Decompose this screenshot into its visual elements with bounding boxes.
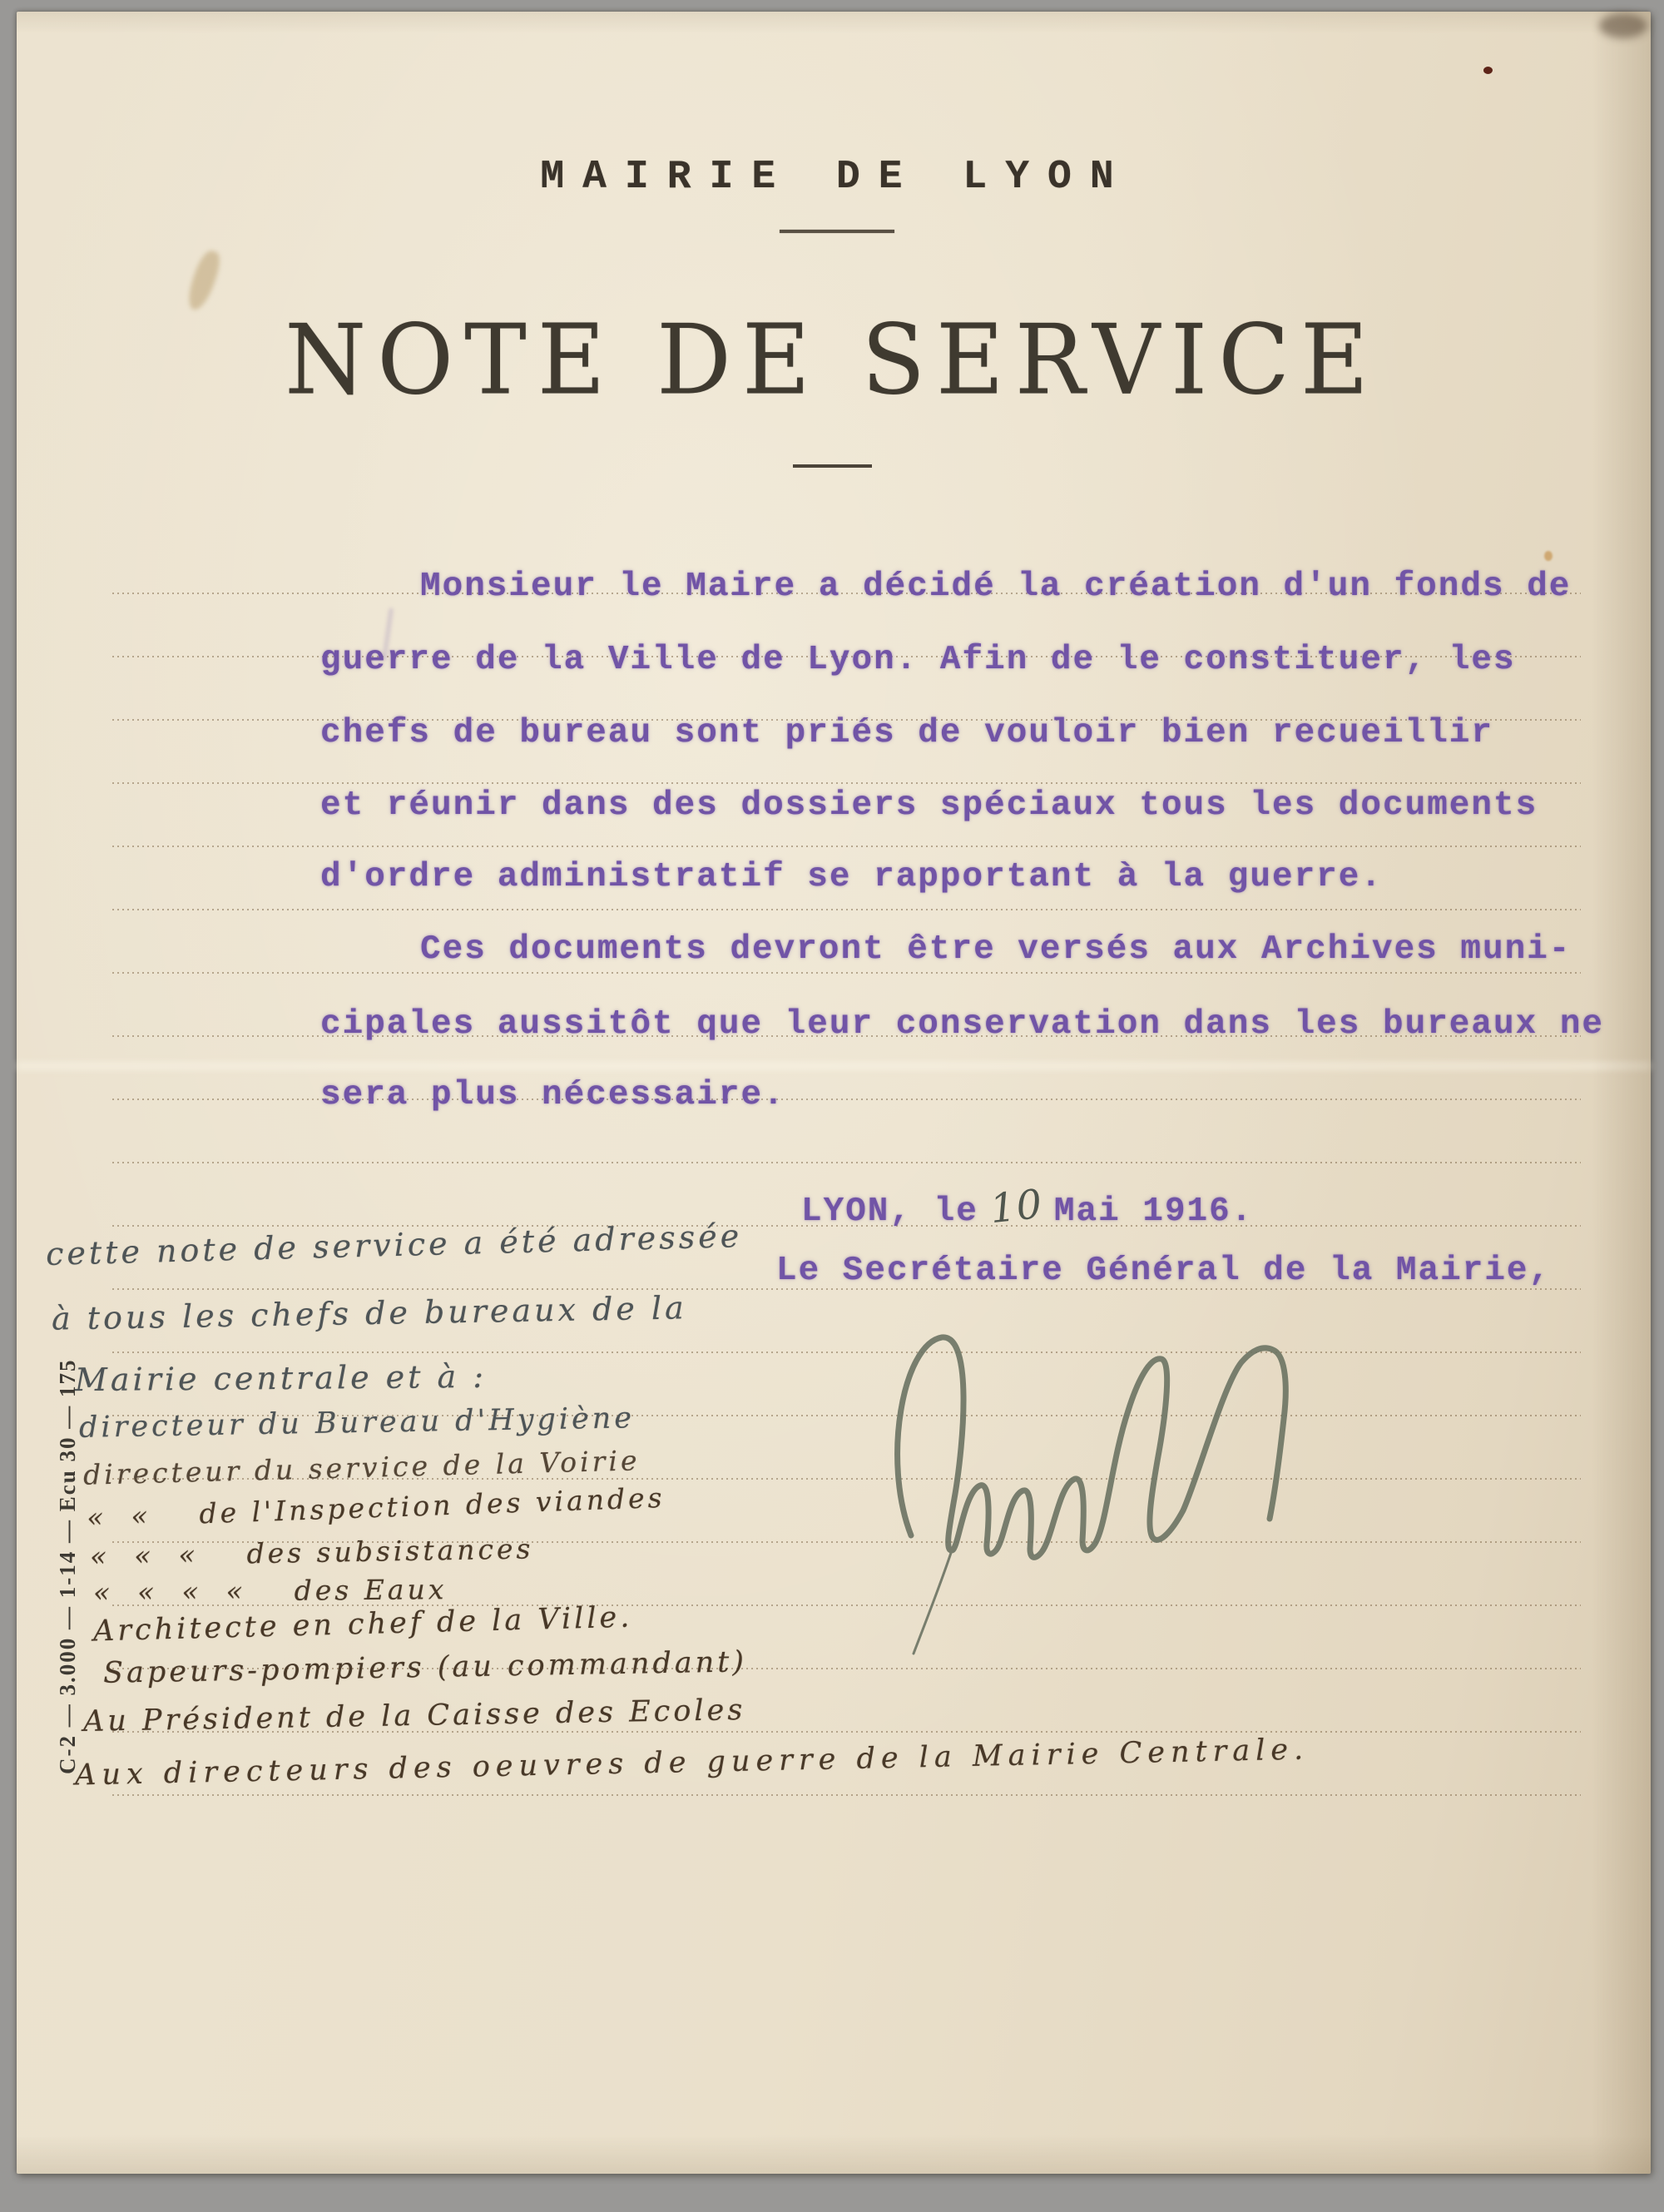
letterhead-divider (780, 230, 894, 233)
ruled-line (112, 972, 1581, 974)
paper-crease (17, 1062, 1651, 1070)
paper-fleck (1544, 551, 1553, 561)
ruled-line (112, 782, 1581, 784)
ruled-line (112, 1794, 1581, 1796)
title-divider (793, 464, 872, 468)
printer-mark: C-2 — 3.000 — 1-14 — Ecu 30 — 175 (55, 1404, 81, 1774)
typed-line: chefs de bureau sont priés de vouloir bi… (320, 714, 1493, 752)
signature-flourish (865, 1286, 1298, 1669)
ruled-line (112, 1352, 1581, 1353)
scanned-document: MAIRIE DE LYON NOTE DE SERVICE Monsieur … (0, 0, 1664, 2212)
typed-line: d'ordre administratif se rapportant à la… (320, 858, 1383, 896)
signatory-title: Le Secrétaire Général de la Mairie, (776, 1252, 1551, 1290)
ruled-line (112, 1162, 1581, 1163)
typed-line: Ces documents devront être versés aux Ar… (320, 930, 1571, 969)
dateline-month-year: Mai 1916. (1054, 1193, 1253, 1231)
ruled-line (112, 909, 1581, 910)
handwritten-day: 10 (988, 1181, 1045, 1232)
ink-speck (1483, 67, 1493, 74)
annotation-line: Mairie centrale et à : (75, 1358, 487, 1398)
dateline-place: LYON, le (801, 1193, 978, 1231)
typed-line: et réunir dans des dossiers spéciaux tou… (320, 786, 1538, 825)
typed-line: sera plus nécessaire. (320, 1076, 785, 1114)
typed-line: Monsieur le Maire a décidé la création d… (320, 568, 1571, 606)
typed-line: cipales aussitôt que leur conservation d… (320, 1005, 1604, 1044)
typed-line: guerre de la Ville de Lyon. Afin de le c… (320, 641, 1516, 679)
corner-smudge (1599, 13, 1647, 38)
dateline: LYON, le 10 Mai 1916. (801, 1183, 1253, 1231)
ruled-line (112, 846, 1581, 847)
annotation-line: « « « « des Eaux (93, 1573, 448, 1609)
letterhead: MAIRIE DE LYON (0, 155, 1664, 200)
page-title: NOTE DE SERVICE (0, 304, 1664, 416)
